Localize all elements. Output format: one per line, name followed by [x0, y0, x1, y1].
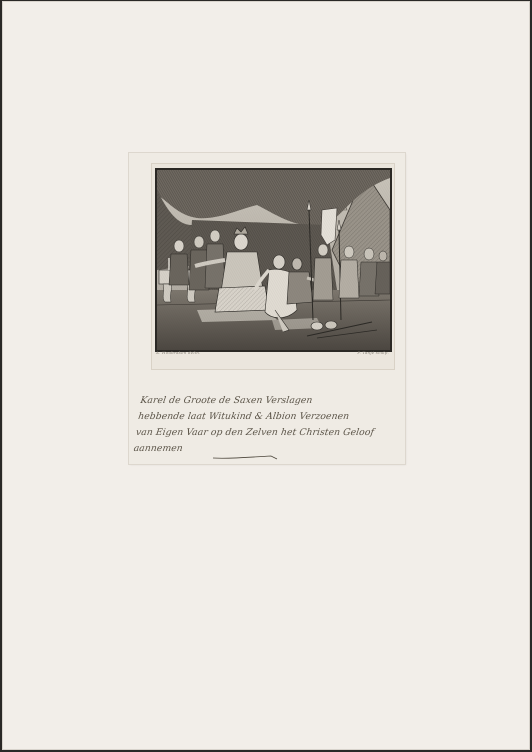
caption-line-1: Karel de Groote de Saxen Verslagen	[139, 393, 403, 409]
engraving-image	[155, 168, 392, 352]
handwritten-caption: Karel de Groote de Saxen Verslagen hebbe…	[133, 393, 404, 457]
artist-signature-left: A. Houbraken delin.	[156, 350, 201, 355]
mat-board: A. Houbraken delin. P. Tanjé sculp. Kare…	[2, 1, 530, 750]
paper-sheet: A. Houbraken delin. P. Tanjé sculp. Kare…	[129, 153, 405, 464]
pen-flourish	[211, 453, 281, 461]
caption-line-3: van Eigen Vaar op den Zelven het Christe…	[135, 425, 399, 441]
artist-signature-right: P. Tanjé sculp.	[357, 350, 389, 355]
caption-line-2: hebbende laat Witukind & Albion Verzoene…	[137, 409, 401, 425]
engraving-scene	[157, 170, 390, 350]
